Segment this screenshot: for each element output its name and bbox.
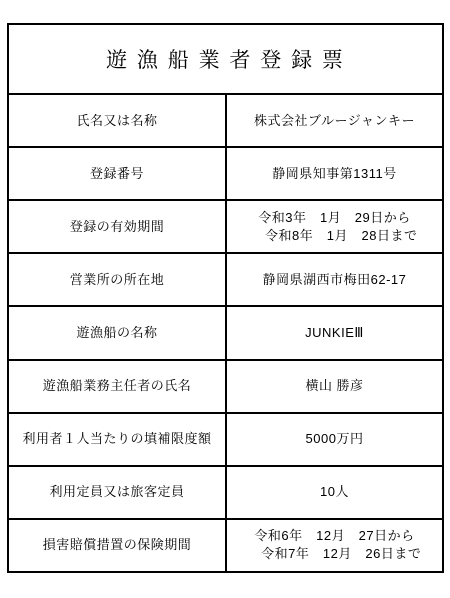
row-label-compensation-limit: 利用者１人当たりの填補限度額	[9, 414, 227, 465]
table-row: 登録の有効期間 令和3年 1月 29日から 令和8年 1月 28日まで	[9, 201, 442, 254]
row-value-text: 5000万円	[306, 430, 364, 448]
row-label-vessel-name: 遊漁船の名称	[9, 307, 227, 358]
registration-card: 遊 漁 船 業 者 登 録 票 氏名又は名称 株式会社ブルージャンキー 登録番号…	[7, 23, 444, 573]
table-row: 利用定員又は旅客定員 10人	[9, 467, 442, 520]
row-value-text: 株式会社ブルージャンキー	[254, 112, 415, 130]
document-title: 遊 漁 船 業 者 登 録 票	[106, 44, 345, 74]
row-label-text: 営業所の所在地	[70, 271, 165, 289]
row-value-registration-number: 静岡県知事第1311号	[227, 148, 442, 199]
row-value-supervisor-name: 横山 勝彦	[227, 361, 442, 412]
table-row: 登録番号 静岡県知事第1311号	[9, 148, 442, 201]
row-label-passenger-capacity: 利用定員又は旅客定員	[9, 467, 227, 518]
row-value-passenger-capacity: 10人	[227, 467, 442, 518]
row-label-insurance-period: 損害賠償措置の保険期間	[9, 520, 227, 571]
row-label-text: 利用者１人当たりの填補限度額	[22, 430, 211, 448]
row-value-office-address: 静岡県湖西市梅田62-17	[227, 254, 442, 305]
row-label-validity-period: 登録の有効期間	[9, 201, 227, 252]
row-label-office-address: 営業所の所在地	[9, 254, 227, 305]
table-row: 損害賠償措置の保険期間 令和6年 12月 27日から 令和7年 12月 26日ま…	[9, 520, 442, 571]
row-label-text: 損害賠償措置の保険期間	[43, 536, 192, 554]
row-label-text: 利用定員又は旅客定員	[49, 483, 184, 501]
row-label-name: 氏名又は名称	[9, 95, 227, 146]
row-value-text: 令和3年 1月 29日から 令和8年 1月 28日まで	[252, 209, 418, 245]
row-value-compensation-limit: 5000万円	[227, 414, 442, 465]
row-label-supervisor-name: 遊漁船業務主任者の氏名	[9, 361, 227, 412]
card-title-row: 遊 漁 船 業 者 登 録 票	[9, 25, 442, 95]
row-value-text: 静岡県湖西市梅田62-17	[263, 271, 407, 289]
row-label-text: 登録番号	[90, 165, 144, 183]
table-row: 遊漁船業務主任者の氏名 横山 勝彦	[9, 361, 442, 414]
table-row: 利用者１人当たりの填補限度額 5000万円	[9, 414, 442, 467]
page: { "title": "遊 漁 船 業 者 登 録 票", "rows": [ …	[0, 0, 450, 598]
row-label-text: 遊漁船業務主任者の氏名	[43, 377, 192, 395]
row-value-insurance-period: 令和6年 12月 27日から 令和7年 12月 26日まで	[227, 520, 442, 571]
row-value-validity-period: 令和3年 1月 29日から 令和8年 1月 28日まで	[227, 201, 442, 252]
row-value-vessel-name: JUNKIEⅢ	[227, 307, 442, 358]
table-row: 氏名又は名称 株式会社ブルージャンキー	[9, 95, 442, 148]
row-label-text: 氏名又は名称	[76, 112, 157, 130]
table-row: 遊漁船の名称 JUNKIEⅢ	[9, 307, 442, 360]
row-label-text: 遊漁船の名称	[76, 324, 157, 342]
row-value-text: 10人	[320, 483, 349, 501]
row-value-text: 静岡県知事第1311号	[272, 165, 396, 183]
row-value-name: 株式会社ブルージャンキー	[227, 95, 442, 146]
row-label-text: 登録の有効期間	[70, 218, 165, 236]
table-row: 営業所の所在地 静岡県湖西市梅田62-17	[9, 254, 442, 307]
row-value-text: 令和6年 12月 27日から 令和7年 12月 26日まで	[248, 527, 422, 563]
row-value-text: 横山 勝彦	[305, 377, 363, 395]
row-label-registration-number: 登録番号	[9, 148, 227, 199]
row-value-text: JUNKIEⅢ	[305, 324, 364, 342]
